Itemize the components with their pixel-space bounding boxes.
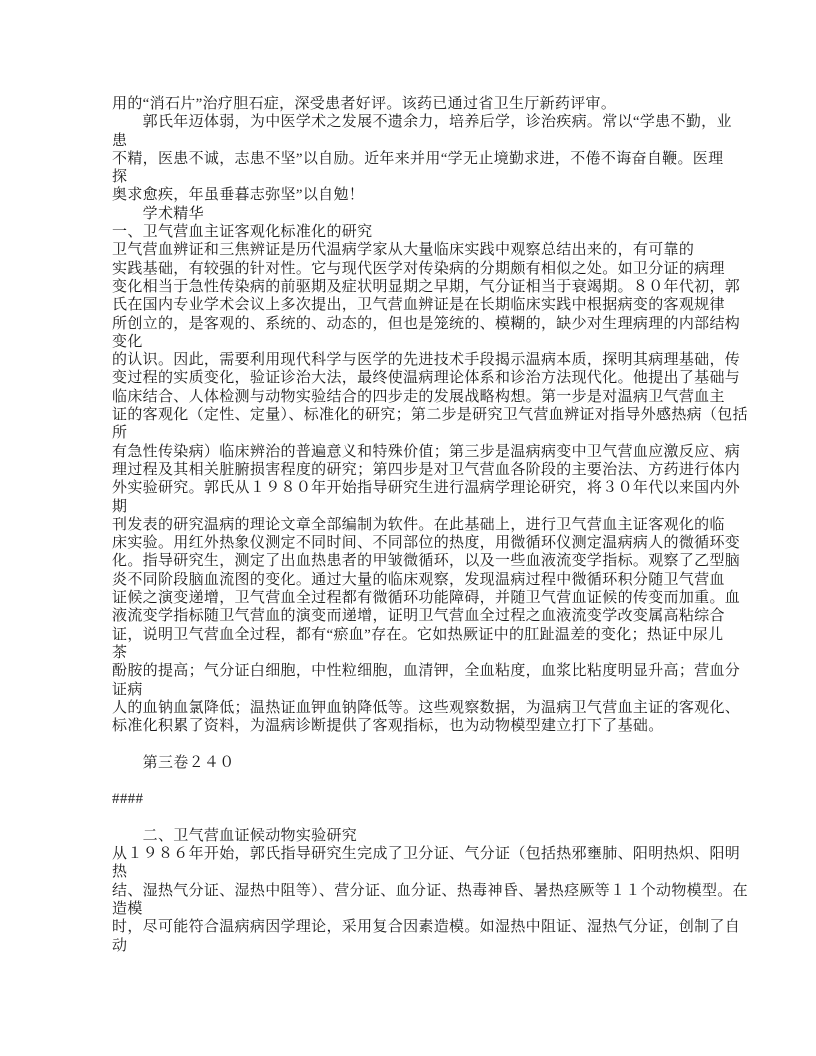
text-line-47: 动 xyxy=(112,937,748,955)
text-line-29: 液流变学指标随卫气营血的演变而递增，证明卫气营血全过程之血液流变学改变属高粘综合 xyxy=(112,607,748,625)
text-line-4: 不精，医患不诚，志患不坚”以自励。近年来并用“学无止境勤求进，不倦不诲奋自鞭。医… xyxy=(112,150,748,168)
text-line-17: 临床结合、人体检测与动物实验结合的四步走的发展战略构想。第一步是对温病卫气营血主 xyxy=(112,388,748,406)
text-line-25: 床实验。用红外热象仪测定不同时间、不同部位的热度，用微循环仪测定温病病人的微循环… xyxy=(112,534,748,552)
text-line-38 xyxy=(112,772,748,790)
text-line-27: 炎不同阶段脑血流图的变化。通过大量的临床观察，发现温病过程中微循环积分随卫气营血 xyxy=(112,571,748,589)
text-line-19: 所 xyxy=(112,424,748,442)
text-line-26: 化。指导研究生，测定了出血热患者的甲皱微循环，以及一些血液流变学指标。观察了乙型… xyxy=(112,552,748,570)
text-line-12: 氏在国内专业学术会议上多次提出，卫气营血辨证是在长期临床实践中根据病变的客观规律 xyxy=(112,296,748,314)
text-line-34: 人的血钠血氯降低；温热证血钾血钠降低等。这些观察数据，为温病卫气营血主证的客观化… xyxy=(112,699,748,717)
text-line-9: 卫气营血辨证和三焦辨证是历代温病学家从大量临床实践中观察总结出来的，有可靠的 xyxy=(112,241,748,259)
text-line-14: 变化 xyxy=(112,333,748,351)
text-line-21: 理过程及其相关脏腑损害程度的研究；第四步是对卫气营血各阶段的主要治法、方药进行体… xyxy=(112,461,748,479)
text-line-5: 探 xyxy=(112,168,748,186)
document-page: 用的“消石片”治疗胆石症，深受患者好评。该药已通过省卫生厅新药评审。 郭氏年迈体… xyxy=(0,0,816,1056)
text-line-1: 用的“消石片”治疗胆石症，深受患者好评。该药已通过省卫生厅新药评审。 xyxy=(112,95,748,113)
text-line-44: 结、湿热气分证、湿热中阻等）、营分证、血分证、热毒神昏、暑热痉厥等１１个动物模型… xyxy=(112,882,748,900)
text-line-32: 酚胺的提高；气分证白细胞，中性粒细胞，血清钾，全血粘度，血浆比粘度明显升高；营血… xyxy=(112,662,748,680)
text-line-3: 患 xyxy=(112,132,748,150)
text-line-43: 热 xyxy=(112,863,748,881)
text-line-45: 造模 xyxy=(112,900,748,918)
text-line-28: 证候之演变递增，卫气营血全过程都有微循环功能障碍，并随卫气营血证候的传变而加重。… xyxy=(112,589,748,607)
text-line-2: 郭氏年迈体弱，为中医学术之发展不遗余力，培养后学，诊治疾病。常以“学患不勤，业 xyxy=(112,113,748,131)
text-line-46: 时，尽可能符合温病病因学理论，采用复合因素造模。如湿热中阻证、湿热气分证，创制了… xyxy=(112,918,748,936)
text-line-35: 标准化积累了资料，为温病诊断提供了客观指标，也为动物模型建立打下了基础。 xyxy=(112,717,748,735)
text-line-15: 的认识。因此，需要利用现代科学与医学的先进技术手段揭示温病本质，探明其病理基础，… xyxy=(112,351,748,369)
text-line-36 xyxy=(112,735,748,753)
text-line-39: #### xyxy=(112,790,748,808)
text-line-41: 二、卫气营血证候动物实验研究 xyxy=(112,827,748,845)
text-line-8: 一、卫气营血主证客观化标准化的研究 xyxy=(112,223,748,241)
text-line-33: 证病 xyxy=(112,681,748,699)
text-line-11: 变化相当于急性传染病的前驱期及症状明显期之早期，气分证相当于衰竭期。８０年代初，… xyxy=(112,278,748,296)
text-line-16: 变过程的实质变化，验证诊治大法，最终使温病理论体系和诊治方法现代化。他提出了基础… xyxy=(112,369,748,387)
document-text-block: 用的“消石片”治疗胆石症，深受患者好评。该药已通过省卫生厅新药评审。 郭氏年迈体… xyxy=(112,95,748,955)
text-line-40 xyxy=(112,809,748,827)
text-line-7: 学术精华 xyxy=(112,205,748,223)
text-line-22: 外实验研究。郭氏从１９８０年开始指导研究生进行温病学理论研究，将３０年代以来国内… xyxy=(112,479,748,497)
text-line-31: 茶 xyxy=(112,644,748,662)
text-line-30: 证，说明卫气营血全过程，都有“瘀血”存在。它如热厥证中的肛趾温差的变化；热证中尿… xyxy=(112,626,748,644)
text-line-42: 从１９８６年开始，郭氏指导研究生完成了卫分证、气分证（包括热邪壅肺、阳明热炽、阳… xyxy=(112,845,748,863)
text-line-37: 第三卷２４０ xyxy=(112,754,748,772)
text-line-18: 证的客观化（定性、定量）、标准化的研究；第二步是研究卫气营血辨证对指导外感热病（… xyxy=(112,406,748,424)
text-line-20: 有急性传染病）临床辨治的普遍意义和特殊价值；第三步是温病病变中卫气营血应激反应、… xyxy=(112,443,748,461)
text-line-6: 奥求愈疾，年虽垂暮志弥坚”以自勉！ xyxy=(112,186,748,204)
text-line-10: 实践基础，有较强的针对性。它与现代医学对传染病的分期颇有相似之处。如卫分证的病理 xyxy=(112,260,748,278)
text-line-24: 刊发表的研究温病的理论文章全部编制为软件。在此基础上，进行卫气营血主证客观化的临 xyxy=(112,516,748,534)
text-line-23: 期 xyxy=(112,498,748,516)
text-line-13: 所创立的，是客观的、系统的、动态的，但也是笼统的、模糊的，缺少对生理病理的内部结… xyxy=(112,315,748,333)
